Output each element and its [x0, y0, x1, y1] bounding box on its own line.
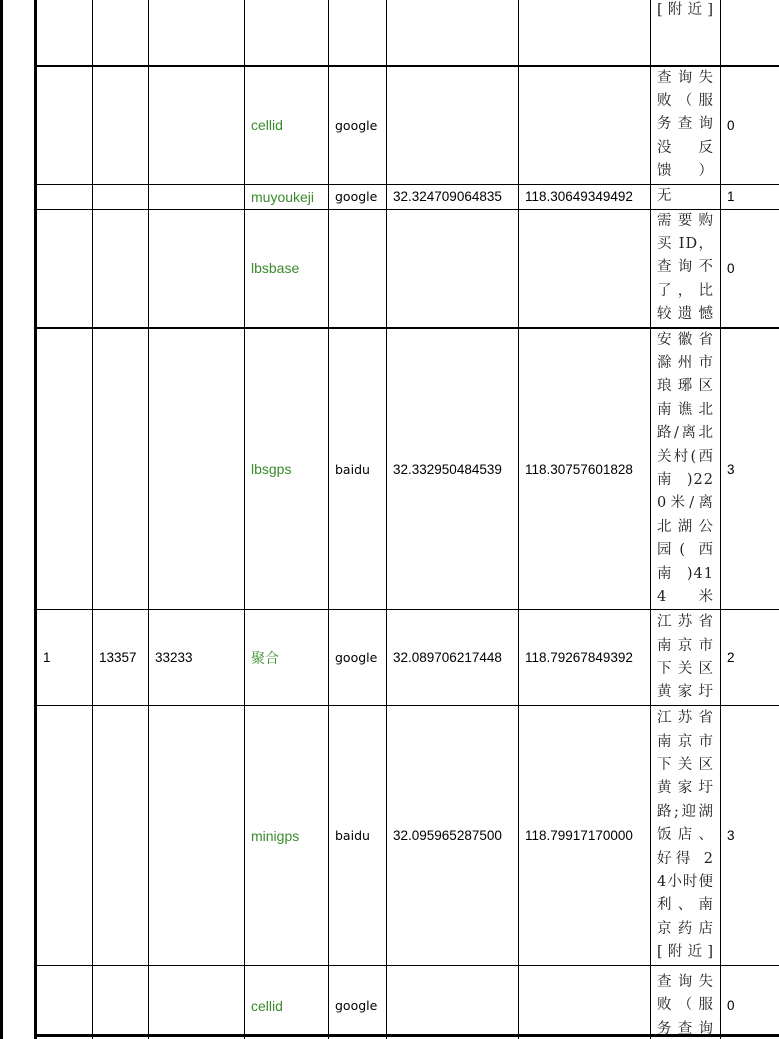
score-cell	[721, 0, 779, 66]
cid-cell	[149, 66, 245, 185]
longitude-cell: 118.30649349492	[519, 184, 651, 209]
lac-cell	[93, 328, 149, 610]
longitude-cell	[519, 209, 651, 328]
score-cell: 2	[721, 610, 779, 706]
latitude-cell: 32.089706217448	[387, 610, 519, 706]
address-cell: 无	[651, 184, 721, 209]
longitude-cell	[519, 66, 651, 185]
source-cell: google	[329, 66, 387, 185]
address-cell: 江苏省南京市下关区黄家圩	[651, 610, 721, 706]
lac-cell	[93, 184, 149, 209]
latitude-cell	[387, 966, 519, 1039]
method-cell: lbsbase	[245, 209, 329, 328]
cid-cell	[149, 184, 245, 209]
table-bottom-border	[34, 1034, 779, 1037]
latitude-cell	[387, 66, 519, 185]
address-cell: 查询失败（服务查询没 反馈）	[651, 66, 721, 185]
table-row: cellidgoogle查询失败（服务查询0	[36, 966, 779, 1039]
latitude-cell: 32.324709064835	[387, 184, 519, 209]
lac-cell	[93, 209, 149, 328]
method-cell: cellid	[245, 66, 329, 185]
table-row: [附近]	[36, 0, 779, 66]
cid-cell	[149, 0, 245, 66]
table-row: lbsbase需要购买 ID，查询不了，比较遗憾0	[36, 209, 779, 328]
location-results-table: [附近]cellidgoogle查询失败（服务查询没 反馈）0muyoukeji…	[34, 0, 779, 1039]
results-table-wrapper: [附近]cellidgoogle查询失败（服务查询没 反馈）0muyoukeji…	[34, 0, 779, 1039]
lac-cell	[93, 706, 149, 966]
address-cell: 江苏省南京市下关区黄家圩路;迎湖饭店、好得 24小时便利、南京药店[附近]	[651, 706, 721, 966]
row-index-cell	[36, 966, 93, 1039]
cid-cell	[149, 966, 245, 1039]
score-cell: 0	[721, 209, 779, 328]
table-row: lbsgpsbaidu32.332950484539118.3075760182…	[36, 328, 779, 610]
row-index-cell	[36, 0, 93, 66]
row-index-cell	[36, 209, 93, 328]
method-cell: 聚合	[245, 610, 329, 706]
method-cell	[245, 0, 329, 66]
longitude-cell	[519, 0, 651, 66]
score-cell: 1	[721, 184, 779, 209]
row-index-cell	[36, 328, 93, 610]
score-cell: 0	[721, 966, 779, 1039]
page-left-border	[0, 0, 3, 1039]
latitude-cell: 32.332950484539	[387, 328, 519, 610]
longitude-cell: 118.79267849392	[519, 610, 651, 706]
score-cell: 3	[721, 328, 779, 610]
source-cell	[329, 0, 387, 66]
method-cell: muyoukeji	[245, 184, 329, 209]
row-index-cell	[36, 184, 93, 209]
cid-cell	[149, 209, 245, 328]
latitude-cell	[387, 209, 519, 328]
lac-cell	[93, 66, 149, 185]
table-row: cellidgoogle查询失败（服务查询没 反馈）0	[36, 66, 779, 185]
lac-cell	[93, 966, 149, 1039]
row-index-cell	[36, 66, 93, 185]
source-cell: google	[329, 184, 387, 209]
source-cell: google	[329, 966, 387, 1039]
row-index-cell: 1	[36, 610, 93, 706]
longitude-cell: 118.79917170000	[519, 706, 651, 966]
latitude-cell: 32.095965287500	[387, 706, 519, 966]
row-index-cell	[36, 706, 93, 966]
source-cell: baidu	[329, 706, 387, 966]
method-cell: cellid	[245, 966, 329, 1039]
score-cell: 3	[721, 706, 779, 966]
source-cell: google	[329, 610, 387, 706]
lac-cell	[93, 0, 149, 66]
address-cell: 安徽省滁州市琅琊区南谯北路/离北关村(西南 )220米/离北湖公园( 西南 )4…	[651, 328, 721, 610]
address-cell: [附近]	[651, 0, 721, 66]
table-row: minigpsbaidu32.095965287500118.799171700…	[36, 706, 779, 966]
lac-cell: 13357	[93, 610, 149, 706]
longitude-cell	[519, 966, 651, 1039]
method-cell: lbsgps	[245, 328, 329, 610]
source-cell: baidu	[329, 328, 387, 610]
cid-cell: 33233	[149, 610, 245, 706]
score-cell: 0	[721, 66, 779, 185]
longitude-cell: 118.30757601828	[519, 328, 651, 610]
cid-cell	[149, 706, 245, 966]
table-row: muyoukejigoogle32.324709064835118.306493…	[36, 184, 779, 209]
method-cell: minigps	[245, 706, 329, 966]
source-cell	[329, 209, 387, 328]
cid-cell	[149, 328, 245, 610]
address-cell: 查询失败（服务查询	[651, 966, 721, 1039]
latitude-cell	[387, 0, 519, 66]
address-cell: 需要购买 ID，查询不了，比较遗憾	[651, 209, 721, 328]
table-row: 11335733233聚合google32.089706217448118.79…	[36, 610, 779, 706]
